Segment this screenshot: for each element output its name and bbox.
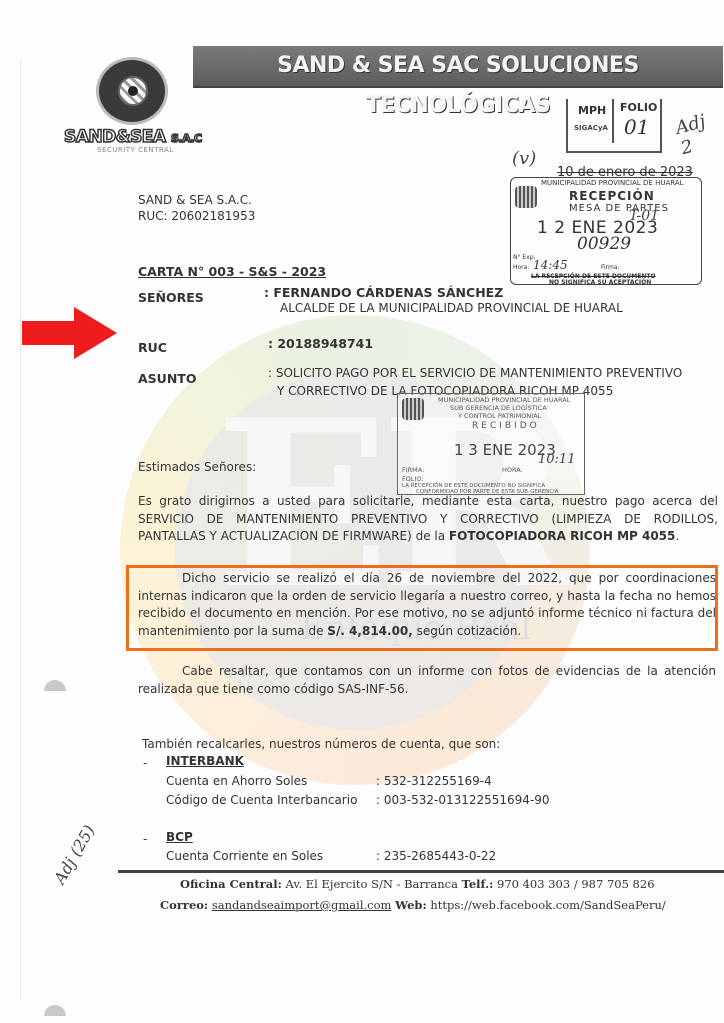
bank-name-bcp: BCP [166,830,193,844]
folio-divider [612,99,614,143]
folio-sub: SIGACyA [574,124,608,132]
stamp-expediente: 00929 [577,234,631,254]
stamp-disclaimer-2: NO SIGNIFICA SU ACEPTACIÓN [549,279,651,286]
logistics-line1: MUNICIPALIDAD PROVINCIAL DE HUARAL [438,396,570,404]
folio-stamp: MPH SIGACyA FOLIO 01 [566,99,662,153]
stamp-hora-value: 14:45 [533,258,568,272]
logistics-hora-value: 10:11 [538,452,575,467]
logistics-line2: SUB GERENCIA DE LOGÍSTICA [450,404,547,412]
red-arrow-icon [22,307,117,359]
paragraph-request: Es grato dirigirnos a usted para solicit… [138,493,718,546]
footer-contact-line: Correo: sandandseaimport@gmail.com Web: … [160,898,666,912]
footer-web-link[interactable]: https://web.facebook.com/SandSeaPeru/ [430,898,665,912]
paragraph-request-bold: FOTOCOPIADORA RICOH MP 4055 [449,529,675,543]
logistics-line3: Y CONTROL PATRIMONIAL [458,412,541,420]
letter-number: CARTA N° 003 - S&S - 2023 [138,264,326,279]
paragraph-request-end: . [675,529,679,543]
account-value: : 532-312255169-4 [376,774,492,788]
account-label: Código de Cuenta Interbancario [166,793,357,807]
logo-tagline: SECURITY CENTRAL [97,146,174,154]
page-margin-line [20,60,21,1000]
sender-ruc: RUC: 20602181953 [138,208,255,224]
stamp-hora-label: Hora: [513,264,529,271]
municipal-emblem-icon [402,398,424,420]
logistics-folio: FOLIO: [402,475,424,483]
folio-label: FOLIO [620,101,657,114]
handwritten-v-mark: (v) [512,148,536,169]
footer-email-link[interactable]: sandandseaimport@gmail.com [212,898,392,912]
sender-company: SAND & SEA S.A.C. [138,192,255,208]
footer-web-label: Web: [395,898,427,912]
account-label: Cuenta en Ahorro Soles [166,774,307,788]
logistics-hora: HORA: [502,466,523,474]
punch-hole [44,680,66,691]
paragraph-service-end: según cotización. [413,624,521,638]
logistics-received-stamp: MUNICIPALIDAD PROVINCIAL DE HUARAL SUB G… [397,393,585,495]
bank-bullet: - [143,832,147,846]
field-value-asunto: : SOLICITO PAGO POR EL SERVICIO DE MANTE… [268,366,682,380]
field-value-ruc: : 20188948741 [268,336,373,351]
footer-phone-label: Telf.: [462,877,494,891]
footer-phone-value: 970 403 303 / 987 705 826 [497,877,655,891]
account-value: : 235-2685443-0-22 [376,849,496,863]
field-value-senores: : FERNANDO CÁRDENAS SÁNCHEZ [264,285,503,300]
punch-hole [44,1005,66,1016]
field-label-ruc: RUC [138,340,167,355]
letterhead-banner: SAND & SEA SAC SOLUCIONES TECNOLÓGICAS [193,46,723,88]
footer-rule [118,870,724,873]
reception-stamp: MUNICIPALIDAD PROVINCIAL DE HUARAL RECEP… [510,177,702,285]
logo-wordmark: SAND&SEA S.A.C [64,127,202,147]
handwritten-side-note: Adj (25) [50,822,99,888]
logo-suffix: S.A.C [171,132,202,145]
logistics-firma: FIRMA: [402,466,424,474]
footer-email-label: Correo: [160,898,208,912]
account-value: : 003-532-013122551694-90 [376,793,550,807]
stamp-institution: MUNICIPALIDAD PROVINCIAL DE HUARAL [541,179,684,187]
account-label: Cuenta Corriente en Soles [166,849,323,863]
amount-due: S/. 4,814.00, [327,624,413,638]
logo-pupil-icon [128,86,138,96]
greeting: Estimados Señores: [138,459,256,477]
field-label-asunto: ASUNTO [138,371,196,386]
folio-number: 01 [624,115,649,139]
paragraph-service-details: Dicho servicio se realizó el día 26 de n… [138,570,716,640]
footer-office-label: Oficina Central: [180,877,282,891]
footer-office-line: Oficina Central: Av. El Ejercito S/N - B… [180,877,655,891]
stamp-firma-label: Firma: [601,264,620,271]
field-label-senores: SEÑORES [138,290,204,305]
field-value-senores-title: ALCALDE DE LA MUNICIPALIDAD PROVINCIAL D… [280,301,623,315]
footer-office-value: Av. El Ejercito S/N - Barranca [286,877,458,891]
folio-org: MPH [578,104,606,117]
sender-block: SAND & SEA S.A.C. RUC: 20602181953 [138,192,255,224]
paragraph-report: Cabe resaltar, que contamos con un infor… [138,663,716,698]
handwritten-adj: Adj 2 [673,107,724,159]
bank-bullet: - [143,756,147,770]
logo-name: SAND&SEA [64,127,166,147]
stamp-title: RECEPCIÓN [569,189,655,203]
bank-name-interbank: INTERBANK [166,754,244,768]
paragraph-accounts-intro: También recalcarles, nuestros números de… [142,736,500,754]
municipal-emblem-icon [515,186,537,208]
logistics-received: RECIBIDO [472,421,540,431]
